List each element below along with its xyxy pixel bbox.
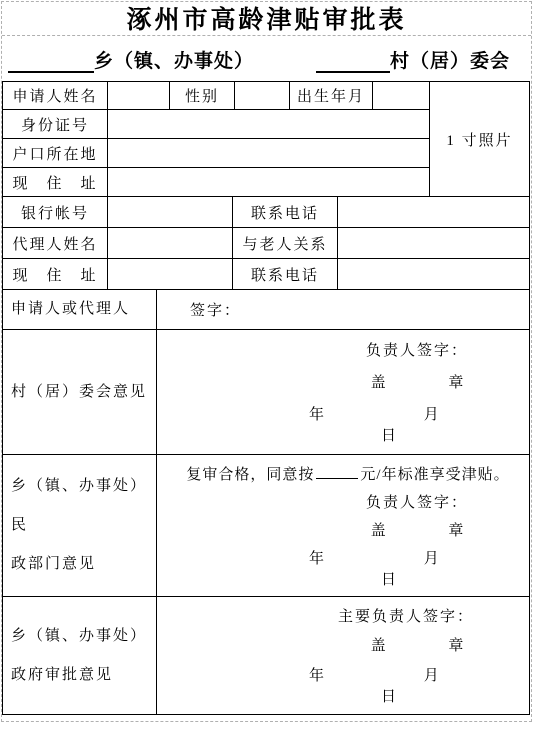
agent-address-input[interactable] <box>108 259 233 289</box>
township-blank-line[interactable] <box>8 71 94 73</box>
photo-placeholder[interactable]: 1 寸照片 <box>430 82 529 196</box>
civil-affairs-label-line1: 乡（镇、办事处）民 <box>11 467 156 545</box>
agent-phone-input[interactable] <box>338 259 529 289</box>
id-number-label: 身份证号 <box>3 110 108 138</box>
township-label: 乡（镇、办事处） <box>94 46 254 73</box>
id-number-input[interactable] <box>108 110 429 138</box>
civil-affairs-section: 乡（镇、办事处）民 政部门意见 复审合格，同意按元/年标准享受津贴。 负责人签字… <box>3 455 529 597</box>
table-row-agent-address: 现 住 址 联系电话 <box>3 259 529 290</box>
table-row-agent: 代理人姓名 与老人关系 <box>3 228 529 259</box>
agent-address-label: 现 住 址 <box>3 259 108 289</box>
review-suffix: 元/年标准享受津贴。 <box>360 467 509 483</box>
seal-left: 盖 <box>371 523 388 539</box>
signer-role-label: 申请人或代理人 <box>3 290 157 329</box>
seal-line: 盖 章 <box>221 519 466 540</box>
review-prefix: 复审合格，同意按 <box>186 467 314 483</box>
month-label: 月 <box>424 407 441 423</box>
table-row-bank: 银行帐号 联系电话 <box>3 197 529 228</box>
village-committee-label: 村（居）委会意见 <box>3 330 157 454</box>
year-label: 年 <box>309 668 326 684</box>
signer-line: 负责人签字： <box>218 491 468 512</box>
approval-table: 申请人姓名 性别 出生年月 身份证号 户口所在地 现 住 址 <box>2 81 530 715</box>
header-fill-line: 乡（镇、办事处） 村（居）委会 <box>2 36 531 80</box>
table-row-applicant: 申请人姓名 性别 出生年月 <box>3 82 429 110</box>
village-label: 村（居）委会 <box>390 46 510 73</box>
village-blank-line[interactable] <box>316 71 390 73</box>
gender-input[interactable] <box>235 82 290 109</box>
civil-affairs-label-line2: 政部门意见 <box>11 545 96 584</box>
sign-label: 签字： <box>190 299 241 320</box>
table-row-id-number: 身份证号 <box>3 110 429 139</box>
contact-phone-label: 联系电话 <box>233 197 338 227</box>
bank-account-input[interactable] <box>108 197 233 227</box>
gender-label: 性别 <box>170 82 235 109</box>
month-label: 月 <box>424 668 441 684</box>
birth-date-label: 出生年月 <box>290 82 373 109</box>
date-line: 年 月 日 <box>157 403 529 445</box>
signer-line: 负责人签字： <box>218 339 468 360</box>
approval-form-page: 涿州市高龄津贴审批表 乡（镇、办事处） 村（居）委会 申请人姓名 性别 出生年月… <box>0 0 534 729</box>
government-label-line1: 乡（镇、办事处） <box>11 617 147 656</box>
amount-blank-line[interactable] <box>316 478 358 479</box>
village-committee-label-text: 村（居）委会意见 <box>11 373 147 412</box>
government-label-line2: 政府审批意见 <box>11 656 113 695</box>
personal-info-block: 申请人姓名 性别 出生年月 身份证号 户口所在地 现 住 址 <box>3 82 529 197</box>
village-committee-section: 村（居）委会意见 负责人签字： 盖 章 年 月 日 <box>3 330 529 455</box>
household-location-label: 户口所在地 <box>3 139 108 167</box>
agent-name-label: 代理人姓名 <box>3 228 108 258</box>
current-address-input[interactable] <box>108 168 429 197</box>
applicant-name-input[interactable] <box>108 82 170 109</box>
table-row-address: 现 住 址 <box>3 168 429 197</box>
date-line: 年 月 日 <box>157 547 529 589</box>
government-approval-section: 乡（镇、办事处） 政府审批意见 主要负责人签字： 盖 章 年 月 日 <box>3 597 529 714</box>
personal-info-left: 申请人姓名 性别 出生年月 身份证号 户口所在地 现 住 址 <box>3 82 430 196</box>
form-title: 涿州市高龄津贴审批表 <box>2 0 531 36</box>
review-line: 复审合格，同意按元/年标准享受津贴。 <box>176 463 509 484</box>
civil-affairs-content[interactable]: 复审合格，同意按元/年标准享受津贴。 负责人签字： 盖 章 年 月 日 <box>157 455 529 596</box>
agent-name-input[interactable] <box>108 228 233 258</box>
day-label: 日 <box>381 689 398 705</box>
signer-line: 主要负责人签字： <box>212 605 474 626</box>
seal-line: 盖 章 <box>221 371 466 392</box>
elder-relation-label: 与老人关系 <box>233 228 338 258</box>
seal-right: 章 <box>448 638 465 654</box>
civil-affairs-label: 乡（镇、办事处）民 政部门意见 <box>3 455 157 596</box>
bank-account-label: 银行帐号 <box>3 197 108 227</box>
household-location-input[interactable] <box>108 139 429 167</box>
village-committee-content[interactable]: 负责人签字： 盖 章 年 月 日 <box>157 330 529 454</box>
table-row-signature: 申请人或代理人 签字： <box>3 290 529 330</box>
seal-right: 章 <box>448 375 465 391</box>
signer-role-text: 申请人或代理人 <box>11 290 130 329</box>
seal-left: 盖 <box>371 638 388 654</box>
seal-left: 盖 <box>371 375 388 391</box>
table-row-household: 户口所在地 <box>3 139 429 168</box>
month-label: 月 <box>424 551 441 567</box>
signature-area[interactable]: 签字： <box>157 290 529 329</box>
contact-phone-input[interactable] <box>338 197 529 227</box>
seal-right: 章 <box>448 523 465 539</box>
current-address-label: 现 住 址 <box>3 168 108 197</box>
elder-relation-input[interactable] <box>338 228 529 258</box>
seal-line: 盖 章 <box>221 634 466 655</box>
government-approval-content[interactable]: 主要负责人签字： 盖 章 年 月 日 <box>157 597 529 714</box>
government-approval-label: 乡（镇、办事处） 政府审批意见 <box>3 597 157 714</box>
date-line: 年 月 日 <box>157 664 529 706</box>
agent-phone-label: 联系电话 <box>233 259 338 289</box>
photo-label: 1 寸照片 <box>446 129 512 150</box>
year-label: 年 <box>309 407 326 423</box>
applicant-name-label: 申请人姓名 <box>3 82 108 109</box>
birth-date-input[interactable] <box>373 82 429 109</box>
day-label: 日 <box>381 428 398 444</box>
day-label: 日 <box>381 572 398 588</box>
year-label: 年 <box>309 551 326 567</box>
